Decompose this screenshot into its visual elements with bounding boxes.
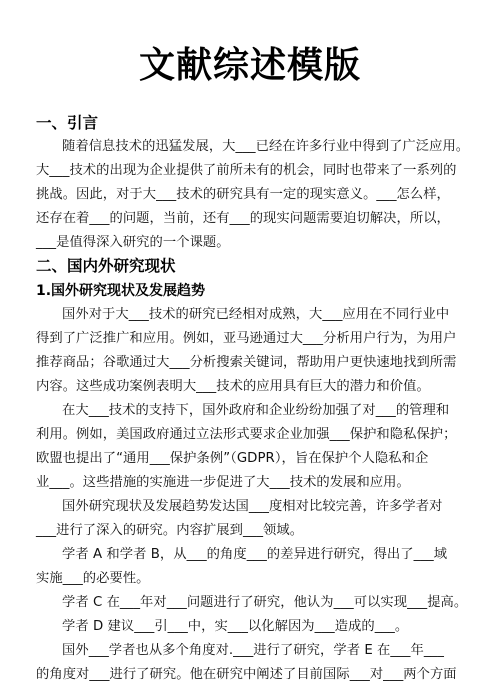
paragraph-line: 国外___学者也从多个角度对.___进行了研究，学者 E 在___年___ [62,641,466,661]
section-heading-introduction: 一、引言 [36,113,98,133]
paragraph-line: 还存在着___的问题，当前，还有___的现实问题需要迫切解决，所以， [36,209,466,229]
paragraph-line: ___是值得深入研究的一个课题。 [36,233,466,253]
paragraph-line: 挑战。因此，对于大___技术的研究具有一定的现实意义。___怎么样， [36,185,466,205]
paragraph-line: 学者 A 和学者 B，从___的角度___的差异进行研究，得出了___域 [62,545,466,565]
paragraph-line: 国外对于大___技术的研究已经相对成熟，大___应用在不同行业中 [62,305,466,325]
paragraph-line: ___进行了深入的研究。内容扩展到___领域。 [36,521,466,541]
paragraph-line: 大___技术的出现为企业提供了前所未有的机会，同时也带来了一系列的 [36,161,466,181]
section-heading-research-status: 二、国内外研究现状 [36,256,176,276]
subsection-heading-foreign-research: 1.国外研究现状及发展趋势 [36,281,205,301]
paragraph-line: 随着信息技术的迅猛发展，大___已经在许多行业中得到了广泛应用。 [62,137,466,157]
paragraph-line: 的角度对___进行了研究。他在研究中阐述了目前国际___对___两个方面 [36,665,466,685]
paragraph-line: 欧盟也提出了“通用___保护条例”（GDPR），旨在保护个人隐私和企 [36,449,466,469]
paragraph-line: 利用。例如，美国政府通过立法形式要求企业加强___保护和隐私保护； [36,425,466,445]
paragraph-line: 得到了广泛推广和应用。例如，亚马逊通过大___分析用户行为，为用户 [36,329,466,349]
paragraph-line: 内容。这些成功案例表明大___技术的应用具有巨大的潜力和价值。 [36,377,466,397]
paragraph-line: 在大___技术的支持下，国外政府和企业纷纷加强了对___的管理和 [62,401,466,421]
paragraph-line: 学者 C 在___年对___问题进行了研究，他认为___可以实现___提高。 [62,593,466,613]
document-title: 文献综述模版 [0,44,500,88]
paragraph-line: 实施___的必要性。 [36,569,466,589]
paragraph-line: 业___。这些措施的实施进一步促进了大___技术的发展和应用。 [36,473,466,493]
paragraph-line: 推荐商品；谷歌通过大___分析搜索关键词，帮助用户更快速地找到所需 [36,353,466,373]
paragraph-line: 学者 D 建议___引___中，实___以化解因为___造成的___。 [62,617,466,637]
paragraph-line: 国外研究现状及发展趋势发达国___度相对比较完善，许多学者对 [62,497,466,517]
